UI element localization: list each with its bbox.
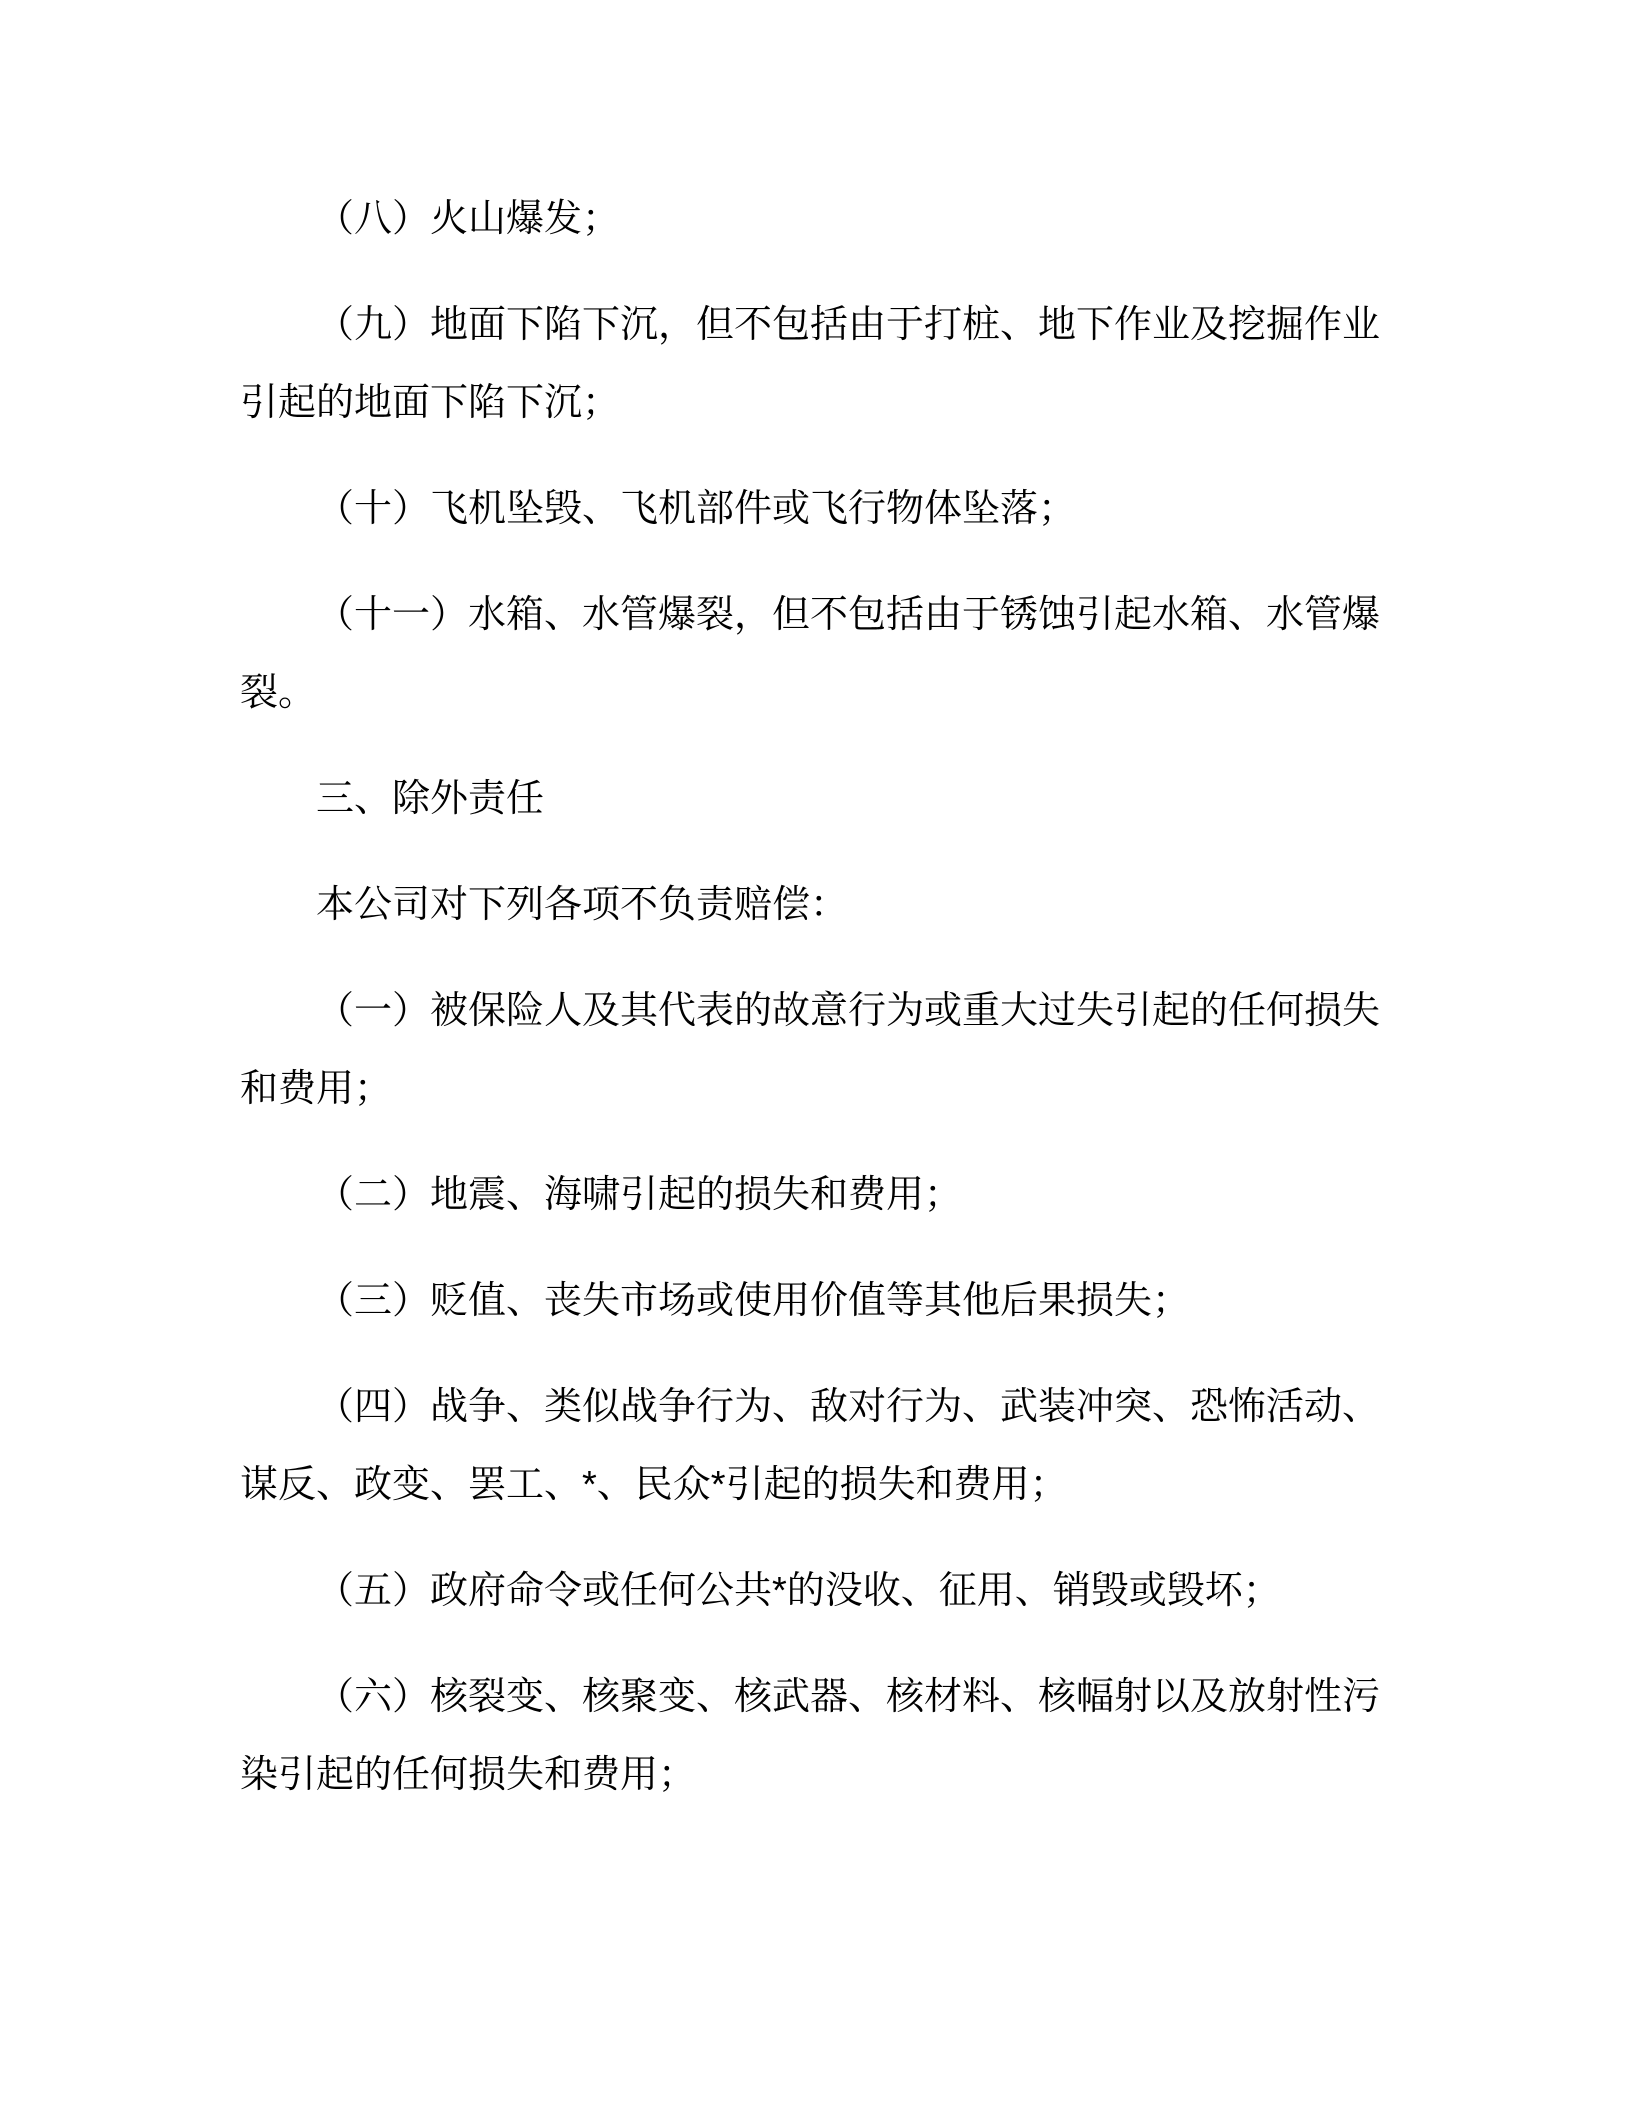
document-body: （八）火山爆发； （九）地面下陷下沉，但不包括由于打桩、地下作业及挖掘作业 引起… [240,180,1392,1814]
exclusion-paragraph-5: （五）政府命令或任何公共*的没收、征用、销毁或毁坏； [240,1552,1392,1630]
section-heading-text: 三、除外责任 [240,760,1392,838]
clause-line: （九）地面下陷下沉，但不包括由于打桩、地下作业及挖掘作业 [240,286,1392,364]
clause-line: （十）飞机坠毁、飞机部件或飞行物体坠落； [240,470,1392,548]
clause-line: 裂。 [240,654,1392,732]
clause-line: 染引起的任何损失和费用； [240,1736,1392,1814]
clause-line: （四）战争、类似战争行为、敌对行为、武装冲突、恐怖活动、 [240,1368,1392,1446]
clause-paragraph-11: （十一）水箱、水管爆裂，但不包括由于锈蚀引起水箱、水管爆 裂。 [240,576,1392,732]
exclusion-paragraph-4: （四）战争、类似战争行为、敌对行为、武装冲突、恐怖活动、 谋反、政变、罢工、*、… [240,1368,1392,1524]
clause-line: 和费用； [240,1050,1392,1128]
exclusion-paragraph-2: （二）地震、海啸引起的损失和费用； [240,1156,1392,1234]
section-intro-text: 本公司对下列各项不负责赔偿： [240,866,1392,944]
clause-line: （二）地震、海啸引起的损失和费用； [240,1156,1392,1234]
exclusion-paragraph-3: （三）贬值、丧失市场或使用价值等其他后果损失； [240,1262,1392,1340]
exclusion-paragraph-1: （一）被保险人及其代表的故意行为或重大过失引起的任何损失 和费用； [240,972,1392,1128]
clause-line: （六）核裂变、核聚变、核武器、核材料、核幅射以及放射性污 [240,1658,1392,1736]
clause-line: 谋反、政变、罢工、*、民众*引起的损失和费用； [240,1446,1392,1524]
clause-line: （十一）水箱、水管爆裂，但不包括由于锈蚀引起水箱、水管爆 [240,576,1392,654]
clause-line: 引起的地面下陷下沉； [240,364,1392,442]
exclusion-paragraph-6: （六）核裂变、核聚变、核武器、核材料、核幅射以及放射性污 染引起的任何损失和费用… [240,1658,1392,1814]
clause-paragraph-10: （十）飞机坠毁、飞机部件或飞行物体坠落； [240,470,1392,548]
clause-line: （一）被保险人及其代表的故意行为或重大过失引起的任何损失 [240,972,1392,1050]
clause-paragraph-9: （九）地面下陷下沉，但不包括由于打桩、地下作业及挖掘作业 引起的地面下陷下沉； [240,286,1392,442]
clause-line: （八）火山爆发； [240,180,1392,258]
clause-line: （三）贬值、丧失市场或使用价值等其他后果损失； [240,1262,1392,1340]
section-intro: 本公司对下列各项不负责赔偿： [240,866,1392,944]
section-heading: 三、除外责任 [240,760,1392,838]
clause-paragraph-8: （八）火山爆发； [240,180,1392,258]
clause-line: （五）政府命令或任何公共*的没收、征用、销毁或毁坏； [240,1552,1392,1630]
document-page: （八）火山爆发； （九）地面下陷下沉，但不包括由于打桩、地下作业及挖掘作业 引起… [0,0,1632,2112]
